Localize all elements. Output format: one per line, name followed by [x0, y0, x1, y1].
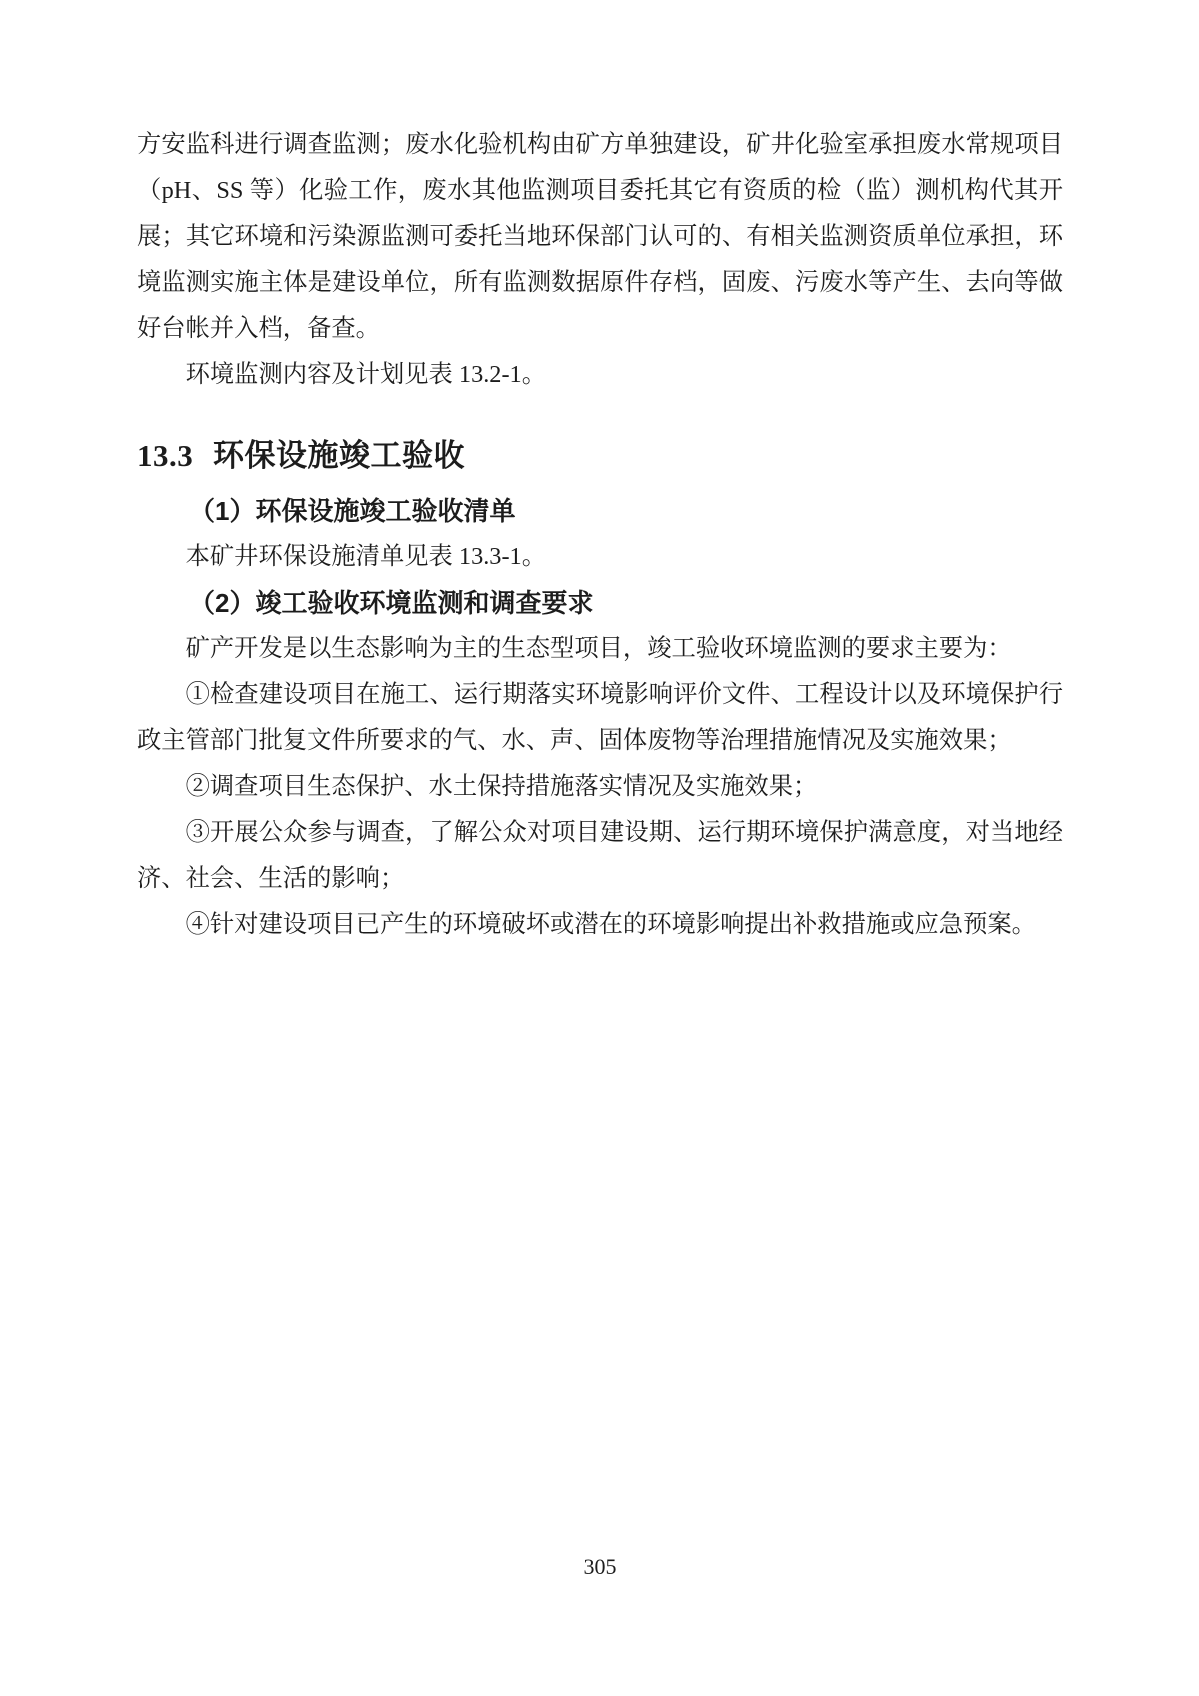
section-heading: 13.3 环保设施竣工验收	[137, 430, 1063, 482]
requirement-item-4: ④针对建设项目已产生的环境破坏或潜在的环境影响提出补救措施或应急预案。	[137, 902, 1063, 948]
document-page: 方安监科进行调查监测；废水化验机构由矿方单独建设，矿井化验室承担废水常规项目（p…	[0, 0, 1199, 1696]
subsection-2-heading: （2）竣工验收环境监测和调查要求	[137, 580, 1063, 626]
requirement-item-2: ②调查项目生态保护、水土保持措施落实情况及实施效果；	[137, 764, 1063, 810]
requirement-item-3: ③开展公众参与调查，了解公众对项目建设期、运行期环境保护满意度，对当地经济、社会…	[137, 810, 1063, 902]
paragraph-monitoring-plan-note: 环境监测内容及计划见表 13.2-1。	[137, 352, 1063, 398]
section-number: 13.3	[137, 438, 193, 473]
subsection-1-body: 本矿井环保设施清单见表 13.3-1。	[137, 534, 1063, 580]
page-number: 305	[137, 1552, 1063, 1582]
requirement-item-1: ①检查建设项目在施工、运行期落实环境影响评价文件、工程设计以及环境保护行政主管部…	[137, 672, 1063, 764]
page-content: 方安监科进行调查监测；废水化验机构由矿方单独建设，矿井化验室承担废水常规项目（p…	[137, 122, 1063, 948]
subsection-2-intro: 矿产开发是以生态影响为主的生态型项目，竣工验收环境监测的要求主要为：	[137, 626, 1063, 672]
subsection-1-heading: （1）环保设施竣工验收清单	[137, 488, 1063, 534]
paragraph-continuation: 方安监科进行调查监测；废水化验机构由矿方单独建设，矿井化验室承担废水常规项目（p…	[137, 122, 1063, 352]
section-title: 环保设施竣工验收	[213, 438, 465, 473]
